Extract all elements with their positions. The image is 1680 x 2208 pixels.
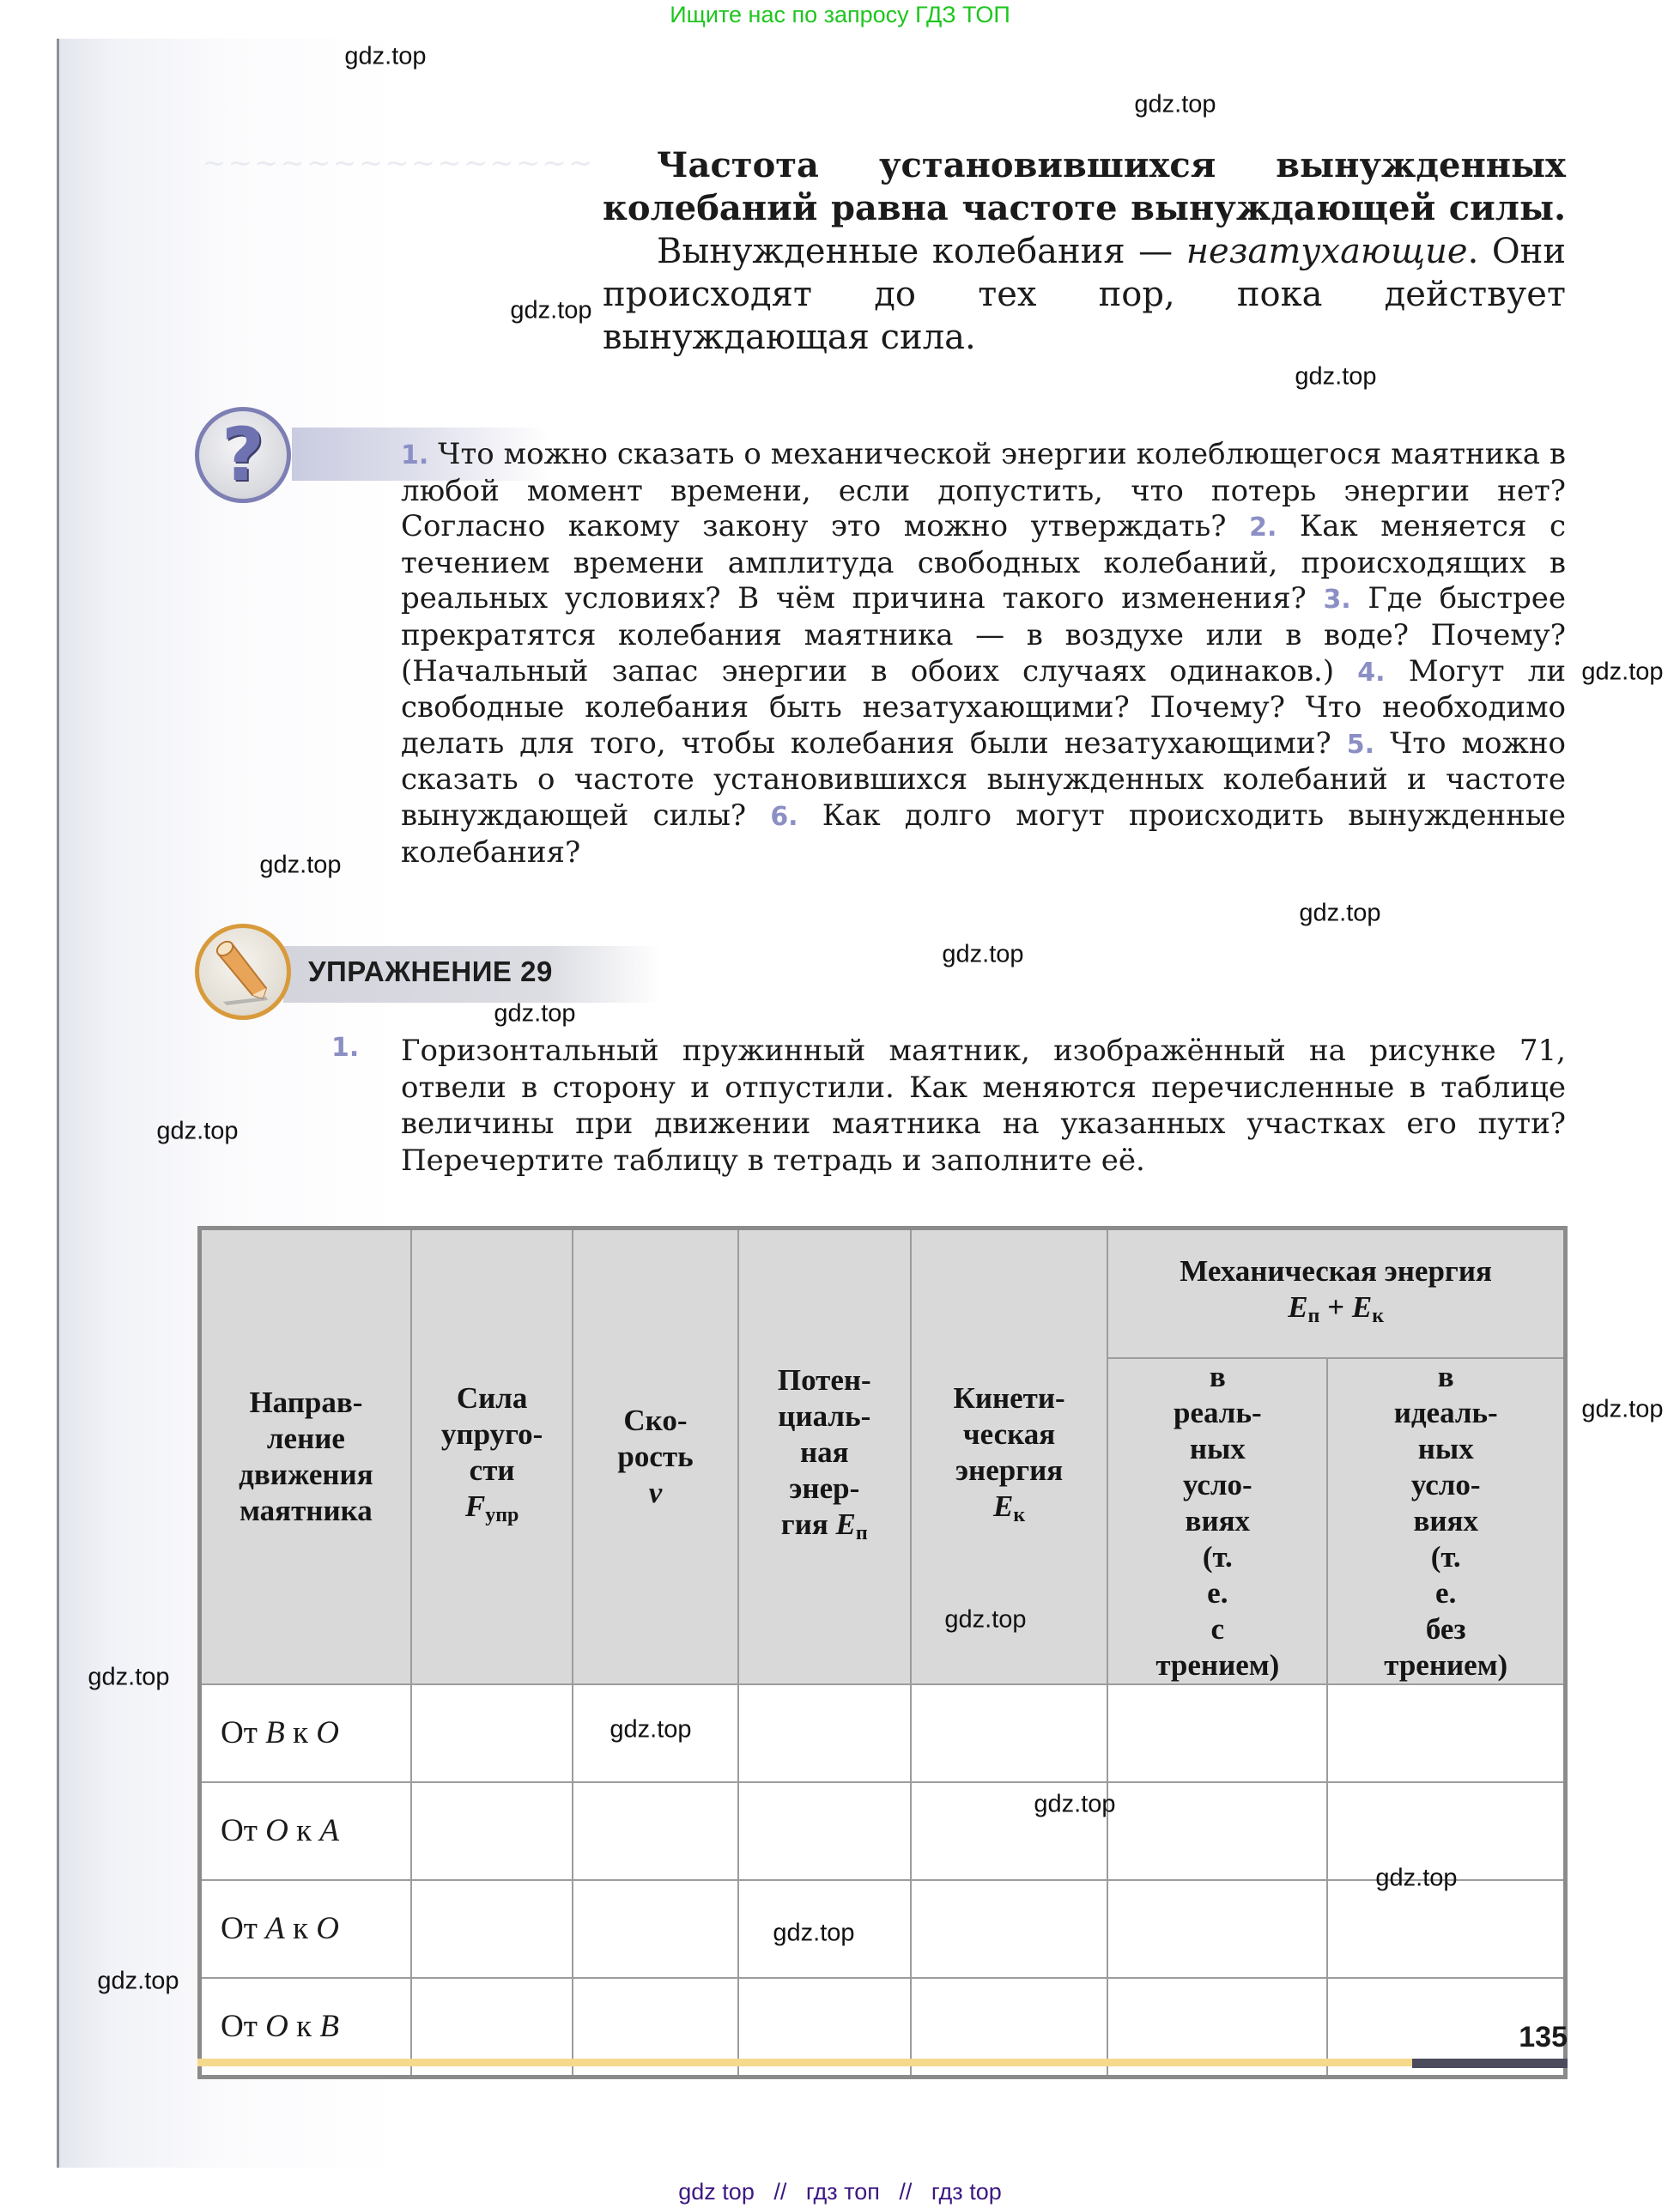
empty-cell	[738, 1782, 911, 1880]
watermark-text: gdz.top	[1034, 1791, 1115, 1819]
table-row: От B к O	[200, 1684, 1566, 1782]
table-row: От O к A	[200, 1782, 1566, 1880]
table-row: От A к O	[200, 1880, 1566, 1978]
row-label: От B к O	[200, 1684, 411, 1782]
top-banner[interactable]: Ищите нас по запросу ГДЗ ТОП	[0, 2, 1680, 28]
empty-cell	[573, 1782, 737, 1880]
row-label: От O к A	[200, 1782, 411, 1880]
watermark-text: gdz.top	[344, 43, 426, 71]
empty-cell	[411, 1880, 573, 1978]
footer-rule-dark	[1412, 2059, 1568, 2068]
watermark-text: gdz.top	[259, 852, 341, 880]
rule-text-italic: незатухающие	[1186, 232, 1468, 271]
rule-text-start: Вынужденные колебания —	[657, 232, 1173, 271]
rule-paragraph: Частота установившихся вынужденных колеб…	[603, 144, 1566, 359]
footer-rule-yellow	[197, 2059, 1412, 2066]
footer-separator: //	[773, 2179, 786, 2205]
header-mechanical-energy: Механическая энергияEп + Eк	[1107, 1228, 1565, 1358]
question-number: 3.	[1323, 585, 1350, 615]
row-label: От A к O	[200, 1880, 411, 1978]
rule-bold-sentence: Частота установившихся вынужденных колеб…	[603, 145, 1566, 228]
footer-link[interactable]: гдз топ	[806, 2179, 880, 2205]
empty-cell	[738, 1684, 911, 1782]
watermark-text: gdz.top	[773, 1920, 854, 1948]
watermark-text: gdz.top	[1581, 658, 1663, 687]
watermark-text: gdz.top	[942, 941, 1023, 969]
bleed-through-text: ~~~~~~~~~~~~~~~	[202, 146, 594, 180]
watermark-text: gdz.top	[88, 1664, 169, 1692]
question-number: 6.	[770, 802, 798, 832]
header-ideal-conditions: видеаль-ныхусло-виях(т.е.безтрением)	[1327, 1358, 1565, 1684]
question-number: 5.	[1347, 730, 1374, 760]
watermark-text: gdz.top	[1375, 1865, 1457, 1893]
footer-link[interactable]: гдз top	[931, 2179, 1002, 2205]
header-speed: Ско-ростьv	[573, 1228, 737, 1684]
exercise-item-number: 1.	[331, 1033, 359, 1063]
empty-cell	[1327, 1684, 1565, 1782]
pencil-icon	[195, 924, 291, 1020]
watermark-text: gdz.top	[510, 297, 591, 325]
question-number: 1.	[401, 440, 428, 470]
header-real-conditions: вреаль-ныхусло-виях(т.е.стрением)	[1107, 1358, 1327, 1684]
question-mark-icon: ?	[195, 407, 291, 503]
watermark-text: gdz.top	[1295, 363, 1376, 391]
watermark-text: gdz.top	[610, 1716, 691, 1744]
header-direction: Направ-лениедвижениямаятника	[200, 1228, 411, 1684]
watermark-text: gdz.top	[1581, 1396, 1663, 1424]
empty-cell	[411, 1684, 573, 1782]
empty-cell	[911, 1684, 1107, 1782]
page-number: 135	[1519, 2021, 1568, 2054]
watermark-text: gdz.top	[1299, 900, 1380, 928]
watermark-text: gdz.top	[156, 1118, 238, 1146]
watermark-text: gdz.top	[1134, 91, 1216, 119]
footer-links: gdz top // гдз топ // гдз top	[0, 2179, 1680, 2205]
empty-cell	[573, 1880, 737, 1978]
header-force: Силаупруго-стиFупр	[411, 1228, 573, 1684]
empty-cell	[1107, 1684, 1327, 1782]
footer-link[interactable]: gdz top	[678, 2179, 755, 2205]
watermark-text: gdz.top	[97, 1968, 179, 1996]
empty-cell	[911, 1880, 1107, 1978]
question-number: 2.	[1249, 513, 1277, 543]
exercise-title: УПРАЖНЕНИЕ 29	[308, 955, 553, 988]
empty-cell	[411, 1782, 573, 1880]
watermark-text: gdz.top	[494, 1000, 575, 1028]
empty-cell	[1107, 1880, 1327, 1978]
header-potential-energy: Потен-циаль-наяэнер-гия Eп	[738, 1228, 911, 1684]
review-questions: 1. Что можно сказать о механической энер…	[401, 437, 1566, 870]
question-number: 4.	[1357, 658, 1385, 688]
empty-cell	[1107, 1782, 1327, 1880]
watermark-text: gdz.top	[944, 1606, 1026, 1635]
pendulum-table: Направ-лениедвижениямаятника Силаупруго-…	[197, 1226, 1568, 2079]
exercise-item-text: Горизонтальный пружинный маятник, изобра…	[401, 1033, 1566, 1179]
empty-cell	[1327, 1880, 1565, 1978]
footer-separator: //	[899, 2179, 912, 2205]
